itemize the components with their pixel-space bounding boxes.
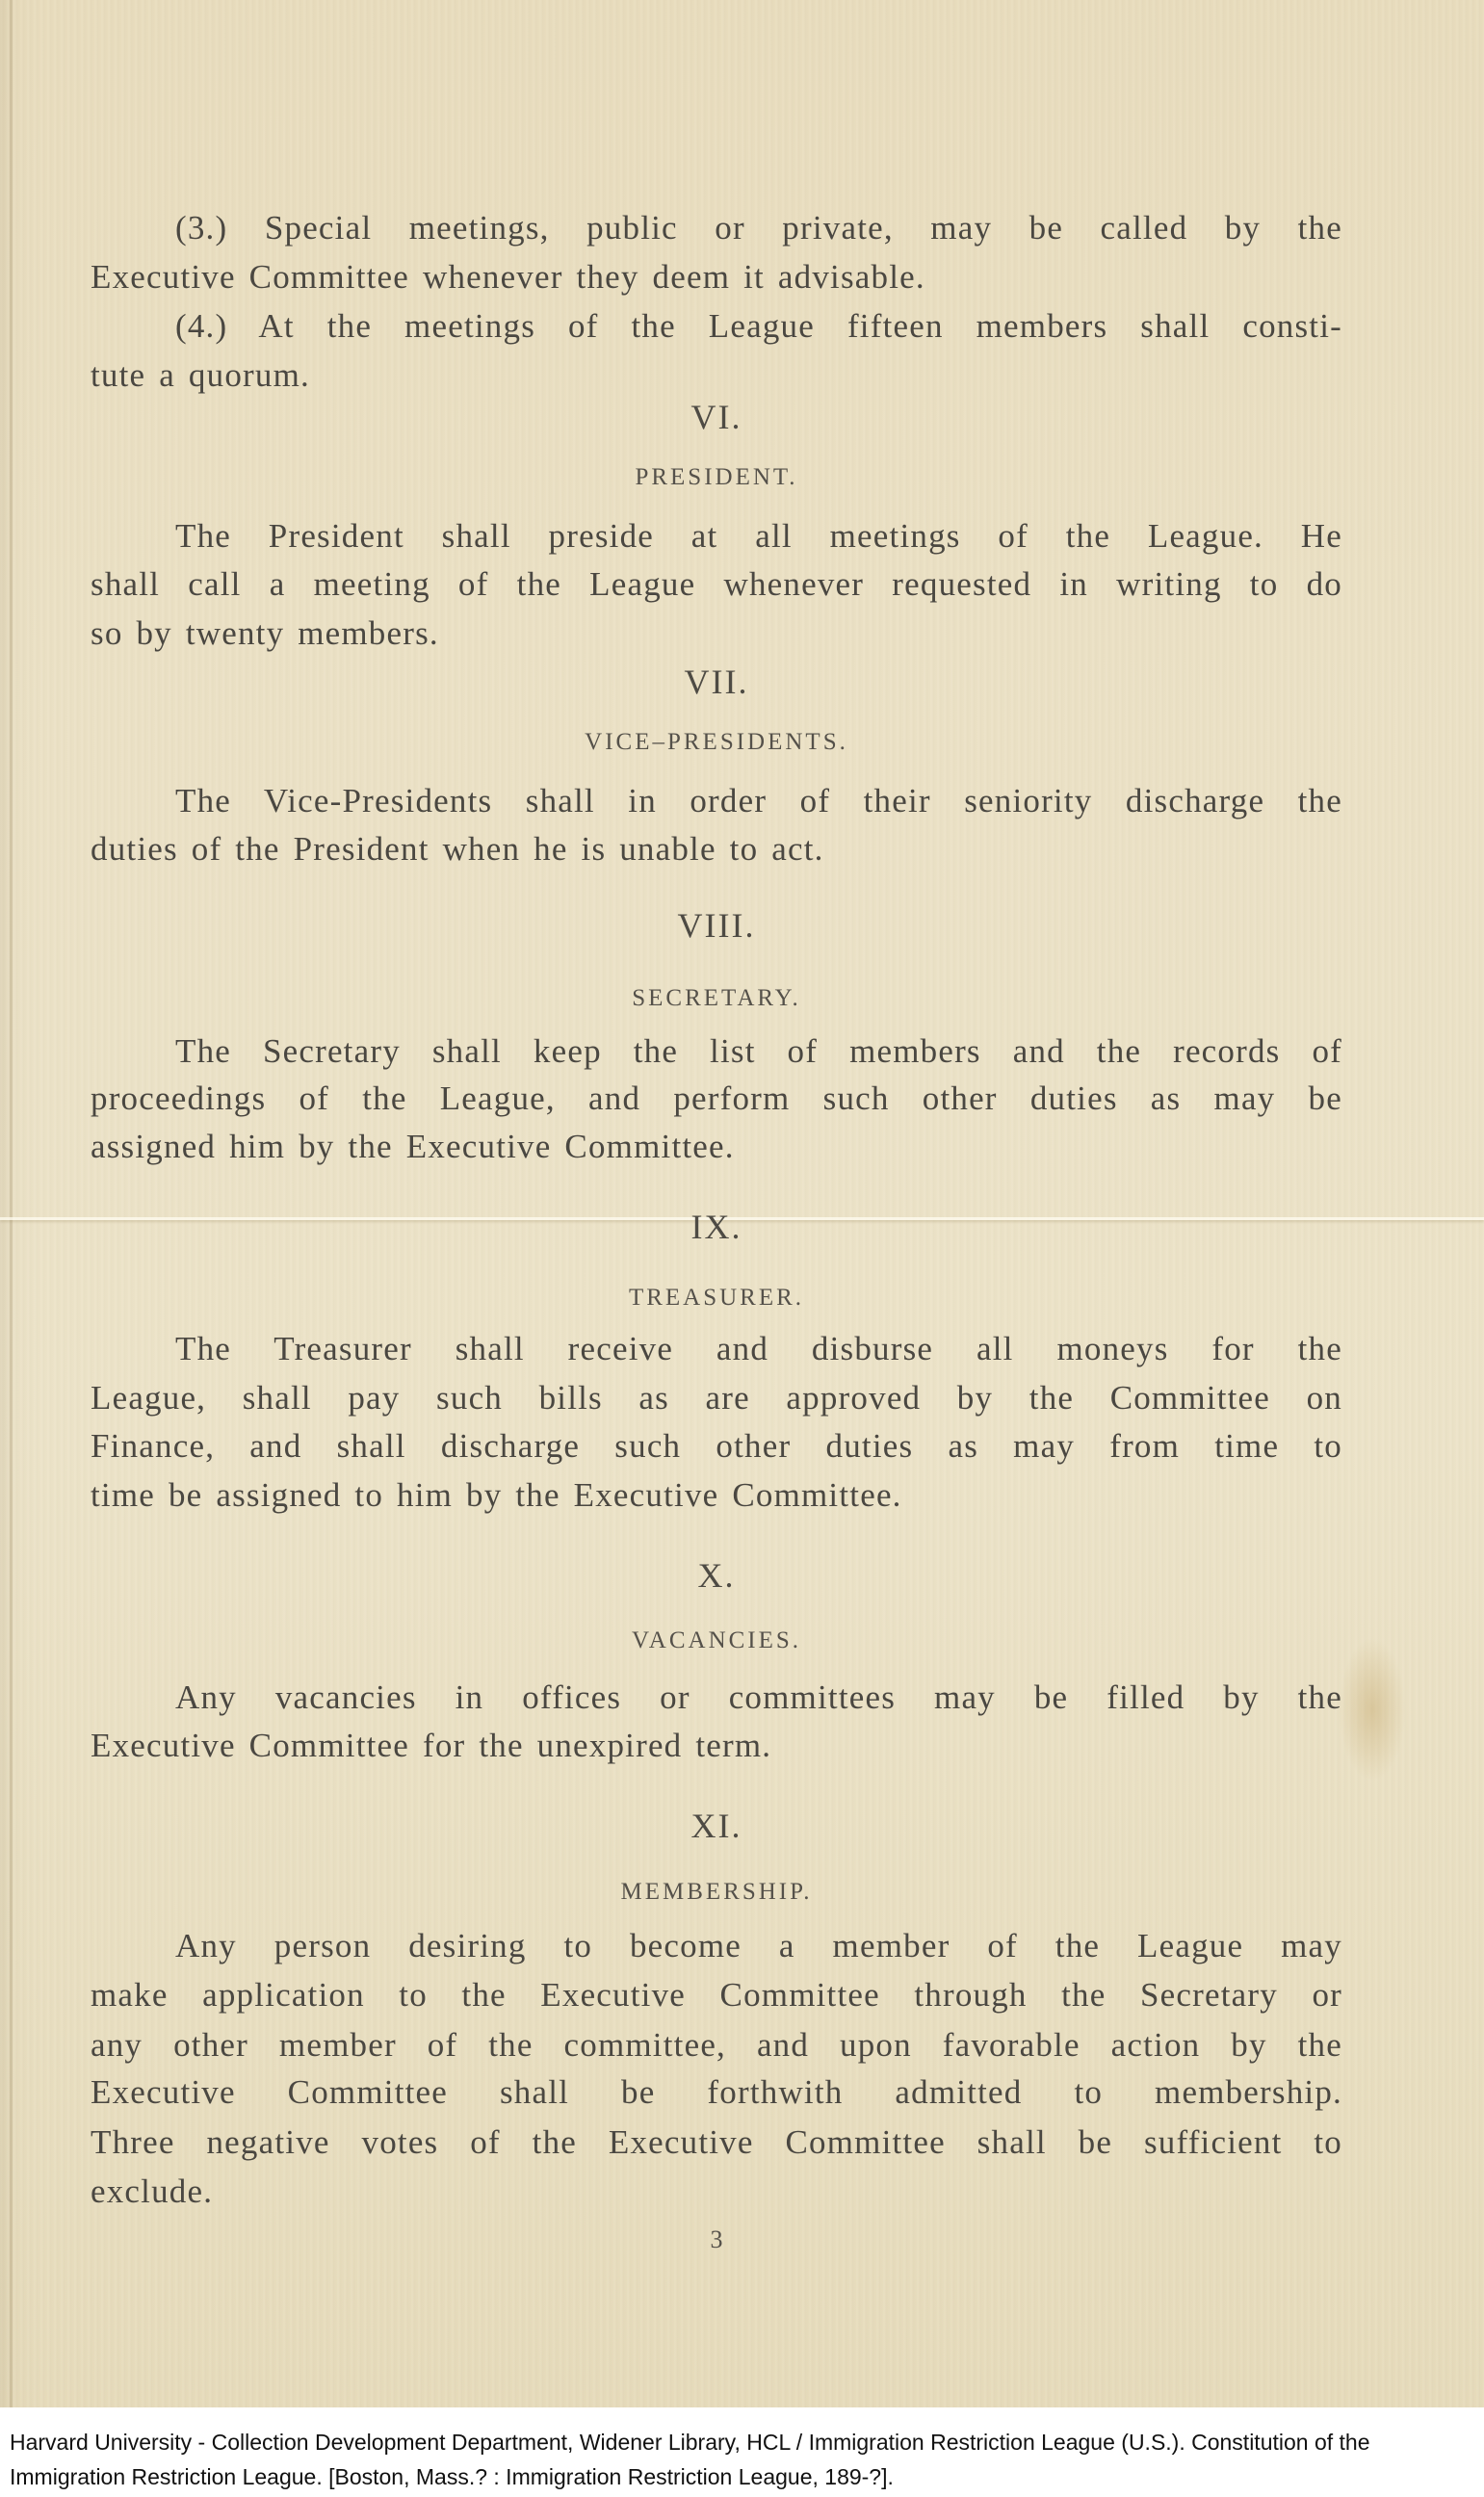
page-edge-shadow [10,0,13,2407]
clause-3-line-1: (3.) Special meetings, public or private… [175,204,1342,252]
membership-line-3: any other member of the committee, and u… [91,2021,1342,2069]
article-heading-vice-presidents: VICE–PRESIDENTS. [91,723,1342,762]
membership-line-6: exclude. [91,2168,1342,2216]
president-line-3: so by twenty members. [91,610,1342,658]
secretary-line-2: proceedings of the League, and perform s… [91,1075,1342,1123]
article-numeral-viii: VIII. [91,901,1342,949]
article-heading-treasurer: TREASURER. [91,1279,1342,1317]
president-line-1: The President shall preside at all meeti… [175,512,1342,560]
paper-stain [1339,1637,1406,1782]
page-number: 3 [91,2221,1342,2259]
article-numeral-x: X. [91,1551,1342,1600]
article-heading-secretary: SECRETARY. [91,979,1342,1018]
membership-line-2: make application to the Executive Commit… [91,1971,1342,2019]
membership-line-5: Three negative votes of the Executive Co… [91,2119,1342,2167]
article-heading-president: PRESIDENT. [91,458,1342,497]
article-numeral-xi: XI. [91,1802,1342,1850]
vacancies-line-2: Executive Committee for the unexpired te… [91,1722,1342,1770]
scanned-page: (3.) Special meetings, public or private… [0,0,1484,2407]
president-line-2: shall call a meeting of the League whene… [91,560,1342,609]
vice-presidents-line-1: The Vice-Presidents shall in order of th… [175,777,1342,825]
vacancies-line-1: Any vacancies in offices or committees m… [175,1674,1342,1722]
treasurer-line-3: Finance, and shall discharge such other … [91,1422,1342,1470]
article-heading-membership: MEMBERSHIP. [91,1873,1342,1912]
clause-4-line-1: (4.) At the meetings of the League fifte… [175,302,1342,351]
membership-line-1: Any person desiring to become a member o… [175,1922,1342,1970]
clause-3-line-2: Executive Committee whenever they deem i… [91,253,1342,301]
caption-line-2: Immigration Restriction League. [Boston,… [10,2459,1464,2494]
vice-presidents-line-2: duties of the President when he is unabl… [91,825,1342,873]
source-caption: Harvard University - Collection Developm… [10,2425,1464,2494]
treasurer-line-4: time be assigned to him by the Executive… [91,1471,1342,1520]
article-numeral-vii: VII. [91,658,1342,706]
secretary-line-1: The Secretary shall keep the list of mem… [175,1027,1342,1076]
secretary-line-3: assigned him by the Executive Committee. [91,1123,1342,1171]
membership-line-4: Executive Committee shall be forthwith a… [91,2068,1342,2117]
treasurer-line-1: The Treasurer shall receive and disburse… [175,1325,1342,1373]
article-heading-vacancies: VACANCIES. [91,1622,1342,1660]
treasurer-line-2: League, shall pay such bills as are appr… [91,1374,1342,1422]
article-numeral-ix: IX. [91,1203,1342,1251]
caption-line-1: Harvard University - Collection Developm… [10,2425,1464,2459]
article-numeral-vi: VI. [91,393,1342,441]
